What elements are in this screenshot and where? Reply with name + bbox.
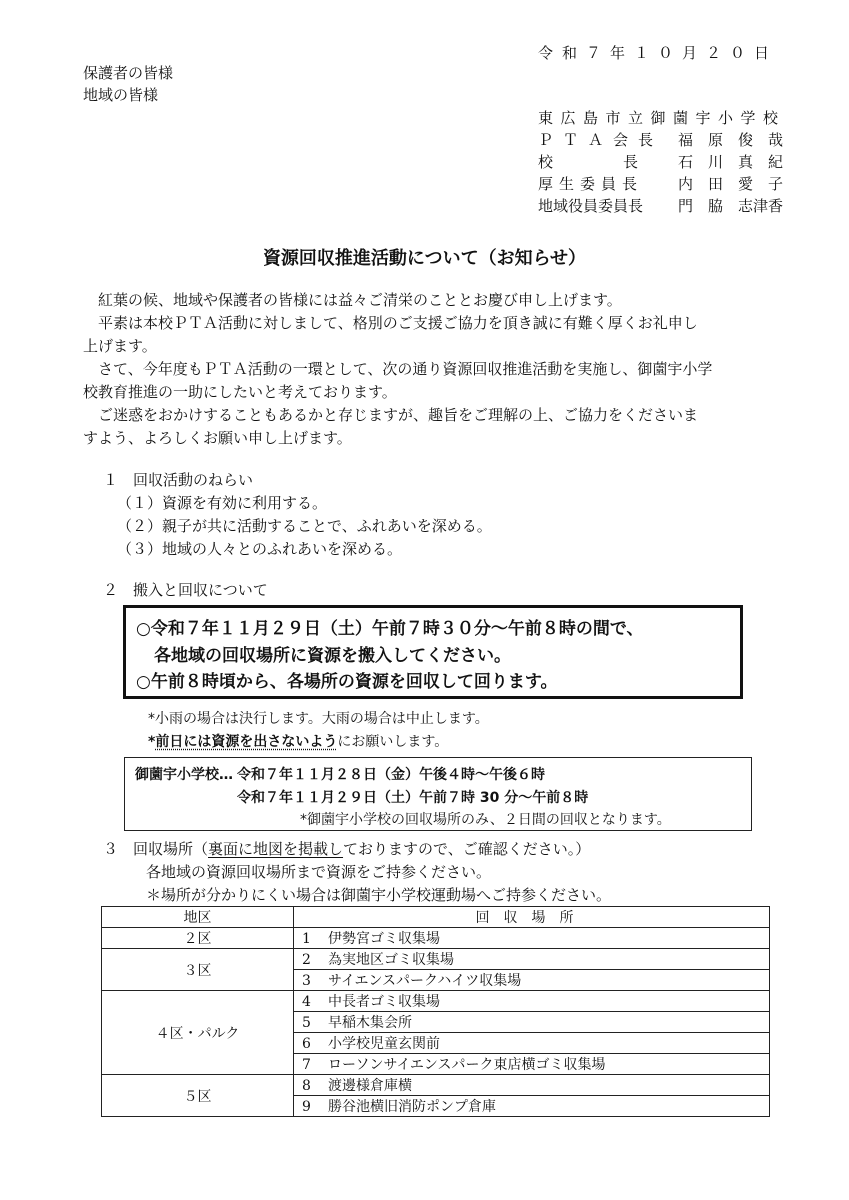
- schedule-line-3: ○午前８時頃から、各場所の資源を回収して回ります。: [136, 667, 557, 692]
- location-cell: 2為実地区ゴミ収集場: [294, 949, 770, 970]
- sender-name: 石 川 真 紀: [678, 151, 783, 172]
- sender-name: 内 田 愛 子: [678, 173, 783, 194]
- recipient-community: 地域の皆様: [83, 84, 158, 105]
- table-row: ２区 1伊勢宮ゴミ収集場: [102, 928, 770, 949]
- table-row: ４区・パルク 4中長者ゴミ収集場: [102, 991, 770, 1012]
- district-cell: ４区・パルク: [102, 991, 294, 1075]
- location-name: 小学校児童玄関前: [328, 1036, 440, 1052]
- district-cell: ３区: [102, 949, 294, 991]
- section3-instruction: 各地域の資源回収場所まで資源をご持参ください。: [146, 861, 491, 882]
- location-cell: 4中長者ゴミ収集場: [294, 991, 770, 1012]
- location-cell: 9勝谷池横旧消防ポンプ倉庫: [294, 1096, 770, 1117]
- sender-role: 校 長: [538, 151, 640, 172]
- location-name: サイエンスパークハイツ収集場: [328, 973, 521, 989]
- section3-heading-prefix: ３ 回収場所（: [103, 840, 208, 858]
- location-cell: 8渡邊様倉庫横: [294, 1075, 770, 1096]
- sender-name: 福 原 俊 哉: [678, 129, 783, 150]
- district-cell: ５区: [102, 1075, 294, 1117]
- school-schedule-box: 御薗宇小学校… 令和７年１１月２８日（金）午後４時～午後６時 令和７年１１月２９…: [124, 757, 752, 831]
- previous-day-suffix: にお願いします。: [337, 734, 448, 750]
- location-cell: 5早稲木集会所: [294, 1012, 770, 1033]
- location-name: 渡邊様倉庫横: [328, 1078, 412, 1094]
- sender-community-chair: 地域役員委員長 門 脇 志津香: [538, 195, 788, 217]
- school-date-2: 令和７年１１月２９日（土）午前７時 30 分～午前８時: [237, 787, 588, 807]
- location-name: 早稲木集会所: [328, 1015, 412, 1031]
- location-name: 伊勢宮ゴミ収集場: [328, 931, 440, 947]
- school-date-1: 令和７年１１月２８日（金）午後４時～午後６時: [237, 764, 545, 784]
- sender-role: 厚生委員長: [538, 173, 643, 194]
- location-number: 5: [302, 1015, 328, 1031]
- schedule-line-2: 各地域の回収場所に資源を搬入してください。: [154, 641, 511, 666]
- intro-request-line1: ご迷惑をおかけすることもあるかと存じますが、趣旨をご理解の上、ご協力をくださいま: [83, 404, 783, 427]
- location-number: 7: [302, 1057, 328, 1073]
- header-location: 回収場所: [294, 907, 770, 928]
- intro-purpose-line1: さて、今年度もＰＴＡ活動の一環として、次の通り資源回収推進活動を実施し、御薗宇小…: [83, 358, 783, 381]
- page-title: 資源回収推進活動について（お知らせ）: [0, 244, 849, 270]
- map-on-back-note: 裏面に地図を掲載し: [208, 840, 343, 858]
- intro-thanks-line2: 上げます。: [83, 335, 783, 358]
- location-number: 9: [302, 1099, 328, 1115]
- district-cell: ２区: [102, 928, 294, 949]
- rain-note: *小雨の場合は決行します。大雨の場合は中止します。: [148, 708, 489, 728]
- location-number: 2: [302, 952, 328, 968]
- school-name: 東広島市立御薗宇小学校: [538, 107, 786, 128]
- sender-role: ＰＴＡ会長: [538, 129, 663, 150]
- location-name: ローソンサイエンスパーク東店横ゴミ収集場: [328, 1057, 605, 1073]
- school-note: *御薗宇小学校の回収場所のみ、２日間の回収となります。: [300, 809, 671, 829]
- intro-request-line2: すよう、よろしくお願い申し上げます。: [83, 427, 783, 450]
- sender-name: 門 脇 志津香: [678, 195, 783, 216]
- location-name: 為実地区ゴミ収集場: [328, 952, 454, 968]
- collection-schedule-box: ○令和７年１１月２９日（土）午前７時３０分～午前８時の間で、 各地域の回収場所に…: [123, 605, 743, 699]
- section1-item-3: （３）地域の人々とのふれあいを深める。: [117, 538, 402, 559]
- collection-locations-table: 地区 回収場所 ２区 1伊勢宮ゴミ収集場 ３区 2為実地区ゴミ収集場 3サイエン…: [101, 906, 770, 1117]
- location-cell: 3サイエンスパークハイツ収集場: [294, 970, 770, 991]
- location-number: 3: [302, 973, 328, 989]
- location-number: 4: [302, 994, 328, 1010]
- section2-heading: ２ 搬入と回収について: [103, 579, 268, 600]
- location-cell: 1伊勢宮ゴミ収集場: [294, 928, 770, 949]
- school-label: 御薗宇小学校…: [135, 764, 233, 784]
- schedule-line-1: ○令和７年１１月２９日（土）午前７時３０分～午前８時の間で、: [136, 614, 644, 639]
- location-name: 勝谷池横旧消防ポンプ倉庫: [328, 1099, 496, 1115]
- location-name: 中長者ゴミ収集場: [328, 994, 440, 1010]
- sender-welfare-chair: 厚生委員長 内 田 愛 子: [538, 173, 788, 195]
- location-number: 6: [302, 1036, 328, 1052]
- header-district: 地区: [102, 907, 294, 928]
- section1-item-1: （１）資源を有効に利用する。: [117, 492, 327, 513]
- sender-pta-president: ＰＴＡ会長 福 原 俊 哉: [538, 129, 788, 151]
- section3-fallback-note: ＊場所が分かりにくい場合は御薗宇小学校運動場へご持参ください。: [146, 884, 611, 905]
- table-row: ３区 2為実地区ゴミ収集場: [102, 949, 770, 970]
- sender-principal: 校 長 石 川 真 紀: [538, 151, 788, 173]
- section3-heading: ３ 回収場所（裏面に地図を掲載しておりますので、ご確認ください。）: [103, 838, 590, 859]
- location-cell: 6小学校児童玄関前: [294, 1033, 770, 1054]
- sender-role: 地域役員委員長: [538, 195, 643, 216]
- section1-item-2: （２）親子が共に活動することで、ふれあいを深める。: [117, 515, 492, 536]
- table-row: ５区 8渡邊様倉庫横: [102, 1075, 770, 1096]
- section3-heading-suffix: ておりますので、ご確認ください。）: [343, 840, 590, 858]
- recipient-guardians: 保護者の皆様: [83, 62, 173, 83]
- section1-heading: １ 回収活動のねらい: [103, 469, 253, 490]
- document-date: 令和７年１０月２０日: [538, 42, 778, 63]
- intro-body: 紅葉の候、地域や保護者の皆様には益々ご清栄のこととお慶び申し上げます。 平素は本…: [83, 289, 783, 450]
- intro-greeting: 紅葉の候、地域や保護者の皆様には益々ご清栄のこととお慶び申し上げます。: [83, 289, 783, 312]
- location-number: 8: [302, 1078, 328, 1094]
- table-header-row: 地区 回収場所: [102, 907, 770, 928]
- intro-purpose-line2: 校教育推進の一助にしたいと考えております。: [83, 381, 783, 404]
- location-number: 1: [302, 931, 328, 947]
- previous-day-emphasis: 前日には資源を出さないよう: [155, 734, 337, 750]
- intro-thanks-line1: 平素は本校ＰＴＡ活動に対しまして、格別のご支援ご協力を頂き誠に有難く厚くお礼申し: [83, 312, 783, 335]
- previous-day-note: *前日には資源を出さないようにお願いします。: [148, 731, 448, 751]
- location-cell: 7ローソンサイエンスパーク東店横ゴミ収集場: [294, 1054, 770, 1075]
- sender-school: 東広島市立御薗宇小学校: [538, 107, 788, 129]
